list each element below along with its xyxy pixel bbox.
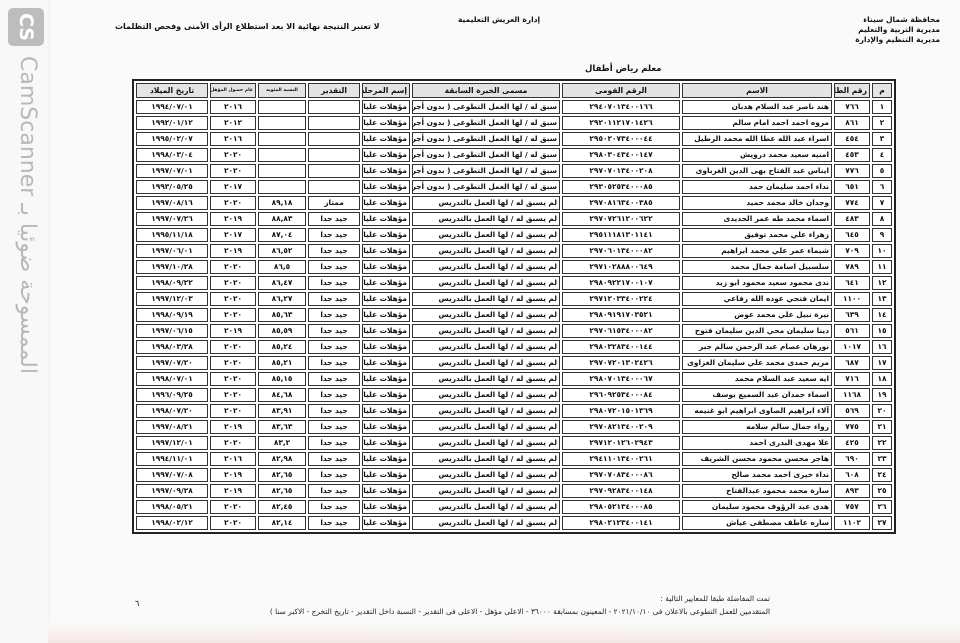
cell-national-id: ٢٩٨٠٥٢١٣٤٠٠٠٨٥ (562, 500, 680, 514)
cell-birth-date: ١٩٩٥/١١/١٨ (136, 228, 208, 242)
cell-index: ١٧ (872, 356, 892, 370)
cell-grade: جيد جدا (308, 340, 360, 354)
cell-name: هاجر محسن محمود محسن الشريف (682, 452, 832, 466)
cell-graduation-year: ٢٠٢٠ (210, 388, 256, 402)
camscanner-watermark: CS CamScanner الممسوحة ضوئيا بـ (0, 0, 48, 643)
col-header-birth-date: تاريخ الميلاد (136, 83, 208, 98)
cell-graduation-year: ٢٠٢٠ (210, 260, 256, 274)
cell-birth-date: ١٩٩٧/٠٩/٢٨ (136, 484, 208, 498)
cell-application-no: ١٠١٧ (834, 340, 870, 354)
header-governorate: محافظة شمال سيناء (855, 15, 940, 25)
table-header-row: م رقم الطلب الاسم الرقم القومى مسمى الخب… (136, 83, 892, 98)
cell-application-no: ٤٥٤ (834, 132, 870, 146)
cell-national-id: ٢٩٧٠٩٢٨٣٤٠٠١٤٨ (562, 484, 680, 498)
cell-grade: جيد جدا (308, 292, 360, 306)
col-header-application-no: رقم الطلب (834, 83, 870, 98)
cell-index: ٢٢ (872, 436, 892, 450)
table-row: ٢٦٧٥٧هدى عبد الرؤوف محمود سليمان٢٩٨٠٥٢١٣… (136, 500, 892, 514)
cell-grade: جيد جدا (308, 228, 360, 242)
camscanner-logo-icon: CS (8, 8, 44, 46)
cell-birth-date: ١٩٩٧/١٠/٢٨ (136, 260, 208, 274)
cell-birth-date: ١٩٩٦/٠٩/٢٥ (136, 388, 208, 402)
cell-index: ١١ (872, 260, 892, 274)
cell-application-no: ٨٦١ (834, 116, 870, 130)
cell-graduation-year: ٢٠١٩ (210, 468, 256, 482)
cell-graduation-year: ٢٠١٧ (210, 180, 256, 194)
cell-experience: لم يسبق له / لها العمل بالتدريس (412, 356, 560, 370)
cell-percentage: ٨٩,١٨ (258, 196, 306, 210)
cell-percentage: ٨٦,٤٧ (258, 276, 306, 290)
cell-stage: مؤهلات عليا (362, 180, 410, 194)
cell-experience: سبق له / لها العمل التطوعى ( بدون أجر ) (412, 164, 560, 178)
page-number: ٦ (135, 599, 139, 608)
cell-experience: سبق له / لها العمل التطوعى ( بدون أجر ) (412, 132, 560, 146)
cell-national-id: ٢٩٥٠٢٠٧٣٤٠٠٠٤٤ (562, 132, 680, 146)
cell-experience: لم يسبق له / لها العمل بالتدريس (412, 420, 560, 434)
cell-index: ٢٣ (872, 452, 892, 466)
cell-percentage: ٨٦,٥٢ (258, 244, 306, 258)
cell-stage: مؤهلات عليا (362, 516, 410, 530)
cell-national-id: ٢٩٥١١١٨١٣٠١١٤١ (562, 228, 680, 242)
cell-birth-date: ١٩٩٧/٠٨/١٦ (136, 196, 208, 210)
cell-stage: مؤهلات عليا (362, 420, 410, 434)
cell-name: ايناس عبد الفتاح بهى الدين الغرباوى (682, 164, 832, 178)
table-row: ٨٤٨٣اسماء محمد طه عمر الحديدى٢٩٧٠٧٢٦١٢٠٠… (136, 212, 892, 226)
cell-application-no: ٤٨٣ (834, 212, 870, 226)
cell-experience: سبق له / لها العمل التطوعى ( بدون أجر ) (412, 180, 560, 194)
cell-grade: جيد جدا (308, 404, 360, 418)
cell-grade: جيد جدا (308, 388, 360, 402)
cell-name: هند ناصر عبد السلام هدبان (682, 100, 832, 114)
cell-grade: جيد جدا (308, 436, 360, 450)
cell-national-id: ٢٩٢٠١١٢١٧٠١٤٢٦ (562, 116, 680, 130)
table-row: ٤٤٥٣امنيه سعيد محمد درويش٢٩٨٠٣٠٤٣٤٠٠١٤٧س… (136, 148, 892, 162)
cell-percentage: ٨٣,٩١ (258, 404, 306, 418)
cell-graduation-year: ٢٠١٦ (210, 100, 256, 114)
cell-stage: مؤهلات عليا (362, 484, 410, 498)
cell-percentage (258, 100, 306, 114)
cell-percentage: ٨٤,٦٨ (258, 388, 306, 402)
cell-national-id: ٢٩٧٠٧٢٠١٣٠٢٤٢٦ (562, 356, 680, 370)
table-row: ١١٧٨٩سلسبيل اسامة جمال محمد٢٩٧١٠٢٨٨٨٠٠٦٤… (136, 260, 892, 274)
cell-stage: مؤهلات عليا (362, 116, 410, 130)
cell-grade: جيد جدا (308, 308, 360, 322)
cell-index: ٨ (872, 212, 892, 226)
cell-birth-date: ١٩٩٧/١٢/٠٣ (136, 292, 208, 306)
cell-application-no: ١١٦٨ (834, 388, 870, 402)
cell-index: ٢٧ (872, 516, 892, 530)
cell-experience: لم يسبق له / لها العمل بالتدريس (412, 436, 560, 450)
cell-experience: لم يسبق له / لها العمل بالتدريس (412, 404, 560, 418)
cell-graduation-year: ٢٠٢٠ (210, 436, 256, 450)
cell-experience: لم يسبق له / لها العمل بالتدريس (412, 500, 560, 514)
cell-birth-date: ١٩٩٧/٠٦/١٥ (136, 324, 208, 338)
cell-graduation-year: ٢٠٢٠ (210, 308, 256, 322)
header-disclaimer: لا تعتبر النتيجة نهائية الا بعد استطلاع … (115, 22, 380, 31)
table-row: ٢٢٤٢٥علا مهدى البدرى احمد٢٩٧١٢٠١٢٦٠٢٩٤٣ل… (136, 436, 892, 450)
cell-grade: جيد جدا (308, 356, 360, 370)
cell-name: نيرة نبيل علي محمد عوض (682, 308, 832, 322)
table-row: ٣٤٥٤اسراء عبد الله عطا الله محمد الرطيل٢… (136, 132, 892, 146)
cell-grade: جيد جدا (308, 324, 360, 338)
cell-birth-date: ١٩٩٤/١١/٠١ (136, 452, 208, 466)
cell-grade (308, 132, 360, 146)
table-row: ٥٧٧٦ايناس عبد الفتاح بهى الدين الغرباوى٢… (136, 164, 892, 178)
cell-stage: مؤهلات عليا (362, 292, 410, 306)
cell-stage: مؤهلات عليا (362, 356, 410, 370)
cell-birth-date: ١٩٩٨/٠٧/٢٠ (136, 404, 208, 418)
cell-birth-date: ١٩٩٨/٠٣/٠٤ (136, 148, 208, 162)
cell-grade: جيد جدا (308, 484, 360, 498)
cell-percentage: ٨٥,٦٣ (258, 308, 306, 322)
col-header-stage: إسم المرحلة (362, 83, 410, 98)
cell-stage: مؤهلات عليا (362, 260, 410, 274)
table-row: ٢٠٥٦٩آلاء ابراهيم الصاوى ابراهيم ابو غني… (136, 404, 892, 418)
cell-graduation-year: ٢٠٢٠ (210, 340, 256, 354)
cell-national-id: ٢٩٧٠٨١٦٣٤٠٠٣٨٥ (562, 196, 680, 210)
table-row: ١٩١١٦٨اسماء حمدان عبد السميع يوسف٢٩٦٠٩٢٥… (136, 388, 892, 402)
cell-name: اسراء عبد الله عطا الله محمد الرطيل (682, 132, 832, 146)
table-row: ٢١٧٧٥رواء جمال سالم سلامه٢٩٧٠٨٢١٣٤٠٠٢٠٩ل… (136, 420, 892, 434)
table-row: ١٧٦٦هند ناصر عبد السلام هدبان٢٩٤٠٧٠١٣٤٠٠… (136, 100, 892, 114)
cell-experience: لم يسبق له / لها العمل بالتدريس (412, 468, 560, 482)
cell-grade: جيد جدا (308, 452, 360, 466)
cell-experience: سبق له / لها العمل التطوعى ( بدون أجر ) (412, 148, 560, 162)
cell-stage: مؤهلات عليا (362, 228, 410, 242)
cell-experience: لم يسبق له / لها العمل بالتدريس (412, 308, 560, 322)
cell-experience: لم يسبق له / لها العمل بالتدريس (412, 484, 560, 498)
table-row: ١٤٦٣٩نيرة نبيل علي محمد عوض٢٩٨٠٩١٩١٧٠٣٥٢… (136, 308, 892, 322)
scan-edge (48, 623, 960, 643)
cell-graduation-year: ٢٠١٦ (210, 132, 256, 146)
col-header-name: الاسم (682, 83, 832, 98)
cell-birth-date: ١٩٩٧/٠٧/٢٦ (136, 212, 208, 226)
cell-name: علا مهدى البدرى احمد (682, 436, 832, 450)
cell-stage: مؤهلات عليا (362, 468, 410, 482)
cell-application-no: ٦٤١ (834, 276, 870, 290)
cell-graduation-year: ٢٠١٩ (210, 324, 256, 338)
cell-birth-date: ١٩٩٧/١٢/٠١ (136, 436, 208, 450)
cell-index: ٩ (872, 228, 892, 242)
cell-graduation-year: ٢٠١٩ (210, 244, 256, 258)
cell-percentage: ٨٣,٢ (258, 436, 306, 450)
cell-stage: مؤهلات عليا (362, 244, 410, 258)
cell-experience: لم يسبق له / لها العمل بالتدريس (412, 260, 560, 274)
cell-application-no: ٥٦١ (834, 324, 870, 338)
cell-name: ايه سعيد عبد السلام محمد (682, 372, 832, 386)
col-header-experience: مسمى الخبرة السابقة (412, 83, 560, 98)
cell-index: ٣ (872, 132, 892, 146)
header-directorate: مديرية التربية والتعليم (855, 25, 940, 35)
cell-graduation-year: ٢٠١٩ (210, 484, 256, 498)
cell-grade (308, 148, 360, 162)
cell-graduation-year: ٢٠١٩ (210, 212, 256, 226)
cell-stage: مؤهلات عليا (362, 164, 410, 178)
cell-national-id: ٢٩٧١٢٠٣٣٤٠٠٢٢٤ (562, 292, 680, 306)
col-header-national-id: الرقم القومى (562, 83, 680, 98)
cell-stage: مؤهلات عليا (362, 404, 410, 418)
cell-experience: لم يسبق له / لها العمل بالتدريس (412, 388, 560, 402)
cell-application-no: ٧٨٩ (834, 260, 870, 274)
cell-name: آلاء ابراهيم الصاوى ابراهيم ابو غنيمه (682, 404, 832, 418)
cell-percentage: ٨٥,١٥ (258, 372, 306, 386)
cell-percentage: ٨٢,٦٥ (258, 484, 306, 498)
cell-birth-date: ١٩٩٧/٠٨/٢١ (136, 420, 208, 434)
cell-graduation-year: ٢٠٢٠ (210, 148, 256, 162)
cell-national-id: ٢٩٨٠٩١٩١٧٠٣٥٢١ (562, 308, 680, 322)
cell-national-id: ٢٩٨٠٧٢٠١٥٠١٣٦٩ (562, 404, 680, 418)
table-row: ١٠٧٠٩شيماء عمر علي محمد ابراهيم٢٩٧٠٦٠١٣٤… (136, 244, 892, 258)
cell-national-id: ٢٩٨٠٧٠١٣٤٠٠٠٦٧ (562, 372, 680, 386)
cell-application-no: ٨٩٣ (834, 484, 870, 498)
cell-name: اسماء محمد طه عمر الحديدى (682, 212, 832, 226)
criteria-title: تمت المفاضلة طبقا للمعايير التالية : (270, 592, 770, 605)
cell-grade (308, 164, 360, 178)
cell-percentage: ٨٥,٢٤ (258, 340, 306, 354)
cell-stage: مؤهلات عليا (362, 148, 410, 162)
cell-graduation-year: ٢٠٢٠ (210, 500, 256, 514)
cell-percentage (258, 116, 306, 130)
cell-percentage: ٨٧,٠٤ (258, 228, 306, 242)
cell-graduation-year: ٢٠٢٠ (210, 292, 256, 306)
cell-percentage: ٨٥,٢١ (258, 356, 306, 370)
cell-national-id: ٢٩٧١٠٢٨٨٨٠٠٦٤٩ (562, 260, 680, 274)
cell-national-id: ٢٩٤٠٧٠١٣٤٠٠١٦٦ (562, 100, 680, 114)
cell-index: ٢١ (872, 420, 892, 434)
table-row: ١٥٥٦١دينا سليمان محي الدين سليمان فتوح٢٩… (136, 324, 892, 338)
table-row: ٢٤٦٠٨نداء خيرى احمد محمد صالح٢٩٧٠٧٠٨٣٤٠٠… (136, 468, 892, 482)
cell-birth-date: ١٩٩٢/٠١/١٢ (136, 116, 208, 130)
cell-graduation-year: ٢٠١٢ (210, 116, 256, 130)
cell-grade: جيد جدا (308, 500, 360, 514)
cell-application-no: ٧٧٤ (834, 196, 870, 210)
cell-national-id: ٢٩٣٠٥٢٥٣٤٠٠٠٨٥ (562, 180, 680, 194)
candidates-table: م رقم الطلب الاسم الرقم القومى مسمى الخب… (132, 79, 896, 534)
cell-national-id: ٢٩٨٠٣٠٤٣٤٠٠١٤٧ (562, 148, 680, 162)
cell-application-no: ٧٦٦ (834, 100, 870, 114)
cell-index: ٤ (872, 148, 892, 162)
cell-percentage: ٨٢,٩٨ (258, 452, 306, 466)
cell-stage: مؤهلات عليا (362, 340, 410, 354)
cell-experience: سبق له / لها العمل التطوعى ( بدون أجر ) (412, 100, 560, 114)
cell-stage: مؤهلات عليا (362, 372, 410, 386)
cell-national-id: ٢٩٧٠٧٠٨٣٤٠٠٠٨٦ (562, 468, 680, 482)
document-title: معلم رياض أطفال (585, 64, 661, 74)
col-header-percentage: النسبه المئويه (258, 83, 306, 98)
cell-index: ١٥ (872, 324, 892, 338)
cell-percentage (258, 148, 306, 162)
cell-experience: لم يسبق له / لها العمل بالتدريس (412, 340, 560, 354)
cell-index: ١٦ (872, 340, 892, 354)
cell-grade: ممتاز (308, 196, 360, 210)
cell-experience: لم يسبق له / لها العمل بالتدريس (412, 452, 560, 466)
cell-application-no: ٦٥١ (834, 180, 870, 194)
cell-index: ٥ (872, 164, 892, 178)
cell-national-id: ٢٩٧٠٦١٥٣٤٠٠٠٨٢ (562, 324, 680, 338)
cell-application-no: ٧١٦ (834, 372, 870, 386)
cell-grade: جيد جدا (308, 260, 360, 274)
cell-application-no: ٦٣٩ (834, 308, 870, 322)
cell-name: ايمان فتحي عوده الله رفاعي (682, 292, 832, 306)
cell-name: ساره عاطف مصطفى عياش (682, 516, 832, 530)
cell-experience: لم يسبق له / لها العمل بالتدريس (412, 228, 560, 242)
cell-national-id: ٢٩٧١٢٠١٢٦٠٢٩٤٣ (562, 436, 680, 450)
cell-stage: مؤهلات عليا (362, 132, 410, 146)
cell-name: شيماء عمر علي محمد ابراهيم (682, 244, 832, 258)
cell-application-no: ٦٩٠ (834, 452, 870, 466)
cell-experience: لم يسبق له / لها العمل بالتدريس (412, 292, 560, 306)
cell-index: ٢ (872, 116, 892, 130)
cell-grade: جيد جدا (308, 468, 360, 482)
cell-grade: جيد جدا (308, 372, 360, 386)
cell-experience: سبق له / لها العمل التطوعى ( بدون أجر ) (412, 116, 560, 130)
table-row: ١٣١١٠٠ايمان فتحي عوده الله رفاعي٢٩٧١٢٠٣٣… (136, 292, 892, 306)
cell-experience: لم يسبق له / لها العمل بالتدريس (412, 276, 560, 290)
cell-index: ٢٤ (872, 468, 892, 482)
header-administration: إدارة العريش التعليمية (458, 15, 540, 24)
cell-experience: لم يسبق له / لها العمل بالتدريس (412, 372, 560, 386)
cell-stage: مؤهلات عليا (362, 452, 410, 466)
cell-experience: لم يسبق له / لها العمل بالتدريس (412, 244, 560, 258)
cell-graduation-year: ٢٠٢٠ (210, 196, 256, 210)
criteria-list: المتقدمين للعمل التطوعى بالاعلان فى ٢٠٢١… (270, 605, 770, 618)
cell-application-no: ٤٥٣ (834, 148, 870, 162)
cell-percentage: ٨٥,٥٩ (258, 324, 306, 338)
cell-percentage: ٨٣,٦٣ (258, 420, 306, 434)
cell-application-no: ١١٠٢ (834, 516, 870, 530)
cell-application-no: ٧٧٥ (834, 420, 870, 434)
cell-name: اسماء حمدان عبد السميع يوسف (682, 388, 832, 402)
table-row: ١٨٧١٦ايه سعيد عبد السلام محمد٢٩٨٠٧٠١٣٤٠٠… (136, 372, 892, 386)
cell-name: نورهان عصام عبد الرحمن سالم جبر (682, 340, 832, 354)
cell-experience: لم يسبق له / لها العمل بالتدريس (412, 516, 560, 530)
cell-graduation-year: ٢٠٢٠ (210, 356, 256, 370)
cell-national-id: ٢٩٧٠٧٢٦١٢٠٠٦٢٢ (562, 212, 680, 226)
cell-index: ٦ (872, 180, 892, 194)
cell-national-id: ٢٩٨٠٢١٢٣٤٠٠١٤١ (562, 516, 680, 530)
cell-percentage (258, 132, 306, 146)
cell-percentage: ٨٢,٤٥ (258, 500, 306, 514)
cell-application-no: ٤٢٥ (834, 436, 870, 450)
cell-name: ندى محمود سعيد محمود ابو زيد (682, 276, 832, 290)
cell-birth-date: ١٩٩٧/٠٧/٠٨ (136, 468, 208, 482)
cell-stage: مؤهلات عليا (362, 388, 410, 402)
cell-application-no: ٧٠٩ (834, 244, 870, 258)
col-header-index: م (872, 83, 892, 98)
cell-national-id: ٢٩٤١١٠١٣٤٠٠٢٦١ (562, 452, 680, 466)
cell-national-id: ٢٩٨٠٩٢٢١٧٠٠١٠٧ (562, 276, 680, 290)
header-department: مديرية التنظيم والإدارة (855, 35, 940, 45)
cell-birth-date: ١٩٩٣/٠٥/٢٥ (136, 180, 208, 194)
col-header-grade: التقدير (308, 83, 360, 98)
cell-national-id: ٢٩٧٠٦٠١٣٤٠٠٠٨٢ (562, 244, 680, 258)
cell-stage: مؤهلات عليا (362, 276, 410, 290)
cell-graduation-year: ٢٠٢٠ (210, 404, 256, 418)
cell-birth-date: ١٩٩٨/٠٩/١٩ (136, 308, 208, 322)
col-header-graduation-year: عام حصول المؤهل (210, 83, 256, 98)
cell-birth-date: ١٩٩٨/٠٥/٢١ (136, 500, 208, 514)
cell-graduation-year: ٢٠٢٠ (210, 164, 256, 178)
cell-experience: لم يسبق له / لها العمل بالتدريس (412, 324, 560, 338)
cell-grade: جيد جدا (308, 244, 360, 258)
cell-graduation-year: ٢٠٢٠ (210, 516, 256, 530)
cell-graduation-year: ٢٠٢٠ (210, 276, 256, 290)
cell-national-id: ٢٩٨٠٣٢٨٣٤٠٠١٤٤ (562, 340, 680, 354)
cell-name: سارة محمد محمود عبدالفتاح (682, 484, 832, 498)
cell-birth-date: ١٩٩٨/٠٢/١٢ (136, 516, 208, 530)
cell-application-no: ٦٠٨ (834, 468, 870, 482)
cell-stage: مؤهلات عليا (362, 500, 410, 514)
cell-index: ٧ (872, 196, 892, 210)
cell-birth-date: ١٩٩٥/٠٢/٠٧ (136, 132, 208, 146)
table-row: ٧٧٧٤وجدان خالد محمد حميد٢٩٧٠٨١٦٣٤٠٠٣٨٥لم… (136, 196, 892, 210)
cell-index: ١٩ (872, 388, 892, 402)
watermark-text: CamScanner الممسوحة ضوئيا بـ (10, 56, 40, 386)
cell-birth-date: ١٩٩٧/٠٦/٠١ (136, 244, 208, 258)
table-row: ٢٣٦٩٠هاجر محسن محمود محسن الشريف٢٩٤١١٠١٣… (136, 452, 892, 466)
cell-graduation-year: ٢٠٢٠ (210, 372, 256, 386)
cell-index: ٢٥ (872, 484, 892, 498)
cell-grade: جيد جدا (308, 276, 360, 290)
cell-name: نداء احمد سليمان حمد (682, 180, 832, 194)
cell-name: رواء جمال سالم سلامه (682, 420, 832, 434)
table-row: ١٦١٠١٧نورهان عصام عبد الرحمن سالم جبر٢٩٨… (136, 340, 892, 354)
cell-national-id: ٢٩٦٠٩٢٥٣٤٠٠٠٨٤ (562, 388, 680, 402)
table-row: ٢٧١١٠٢ساره عاطف مصطفى عياش٢٩٨٠٢١٢٣٤٠٠١٤١… (136, 516, 892, 530)
cell-birth-date: ١٩٩٨/٠٣/٢٨ (136, 340, 208, 354)
cell-application-no: ٦٨٧ (834, 356, 870, 370)
cell-birth-date: ١٩٩٨/٠٧/٠١ (136, 372, 208, 386)
cell-grade: جيد جدا (308, 212, 360, 226)
cell-index: ١٨ (872, 372, 892, 386)
table-row: ٢٥٨٩٣سارة محمد محمود عبدالفتاح٢٩٧٠٩٢٨٣٤٠… (136, 484, 892, 498)
cell-index: ٢٠ (872, 404, 892, 418)
cell-graduation-year: ٢٠١٦ (210, 452, 256, 466)
cell-grade: جيد جدا (308, 420, 360, 434)
cell-percentage: ٨٢,١٤ (258, 516, 306, 530)
cell-name: مروه احمد احمد امام سالم (682, 116, 832, 130)
cell-grade (308, 180, 360, 194)
cell-percentage: ٨٢,٦٥ (258, 468, 306, 482)
cell-stage: مؤهلات عليا (362, 100, 410, 114)
cell-birth-date: ١٩٩٨/٠٩/٢٢ (136, 276, 208, 290)
cell-application-no: ٧٥٧ (834, 500, 870, 514)
cell-graduation-year: ٢٠١٩ (210, 420, 256, 434)
cell-index: ٢٦ (872, 500, 892, 514)
cell-name: سلسبيل اسامة جمال محمد (682, 260, 832, 274)
cell-graduation-year: ٢٠١٧ (210, 228, 256, 242)
cell-application-no: ٥٦٩ (834, 404, 870, 418)
cell-birth-date: ١٩٩٧/٠٧/٠١ (136, 164, 208, 178)
cell-stage: مؤهلات عليا (362, 308, 410, 322)
cell-name: امنيه سعيد محمد درويش (682, 148, 832, 162)
cell-percentage: ٨٨,٨٣ (258, 212, 306, 226)
cell-name: نداء خيرى احمد محمد صالح (682, 468, 832, 482)
cell-application-no: ٧٧٦ (834, 164, 870, 178)
table-row: ٢٨٦١مروه احمد احمد امام سالم٢٩٢٠١١٢١٧٠١٤… (136, 116, 892, 130)
table-row: ٩٦٤٥زهراء علي محمد توفيق٢٩٥١١١٨١٣٠١١٤١لم… (136, 228, 892, 242)
cell-national-id: ٢٩٧٠٧٠١٣٤٠٠٢٠٨ (562, 164, 680, 178)
cell-national-id: ٢٩٧٠٨٢١٣٤٠٠٢٠٩ (562, 420, 680, 434)
cell-grade (308, 116, 360, 130)
cell-name: هدى عبد الرؤوف محمود سليمان (682, 500, 832, 514)
cell-application-no: ٦٤٥ (834, 228, 870, 242)
header-authority: محافظة شمال سيناء مديرية التربية والتعلي… (855, 15, 940, 45)
cell-stage: مؤهلات عليا (362, 196, 410, 210)
cell-grade: جيد جدا (308, 516, 360, 530)
cell-index: ١٣ (872, 292, 892, 306)
cell-stage: مؤهلات عليا (362, 436, 410, 450)
